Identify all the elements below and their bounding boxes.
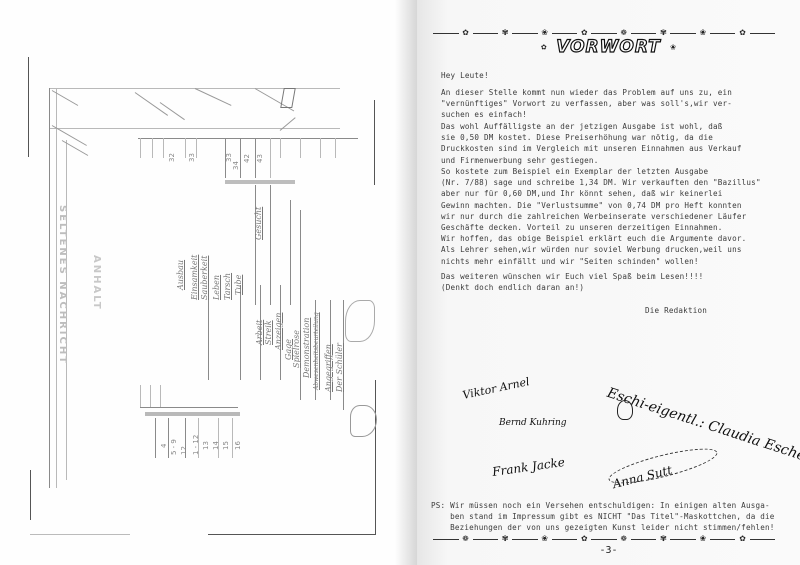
column-number: 16	[234, 441, 242, 450]
table-line	[240, 138, 241, 178]
table-line	[300, 210, 301, 305]
table-line	[140, 407, 238, 408]
table-line	[270, 138, 271, 178]
paragraph: So kostete zum Beispiel ein Exemplar der…	[441, 166, 786, 267]
table-band	[145, 412, 240, 416]
table-line	[218, 418, 219, 458]
table-line	[290, 200, 291, 305]
table-line	[49, 88, 50, 488]
table-line	[232, 418, 233, 458]
flower-icon: ❀	[670, 43, 675, 53]
table-line	[163, 138, 164, 158]
column-number: 42	[243, 154, 251, 163]
zine-spread: SELTENES NACHRICHT ANHALT 32 33 33 34 42…	[0, 0, 800, 565]
column-number: 33	[188, 153, 196, 162]
paragraph: Das weiteren wünschen wir Euch viel Spaß…	[441, 271, 786, 293]
signature: Bernd Kuhring	[499, 418, 567, 428]
table-line	[320, 138, 321, 158]
left-page: SELTENES NACHRICHT ANHALT 32 33 33 34 42…	[0, 0, 410, 565]
column-number: 5 - 9	[170, 439, 178, 455]
handwritten-entry: Leben	[212, 275, 221, 300]
table-line	[185, 138, 186, 158]
rotated-title: SELTENES NACHRICHT	[57, 205, 68, 365]
table-line	[152, 138, 153, 158]
flower-icon: ✿	[739, 534, 745, 544]
footnote: PS: Wir müssen noch ein Versehen entschu…	[431, 500, 776, 534]
rotated-title: ANHALT	[91, 255, 102, 311]
handwritten-entry: Abwesenheitsbeurteilung	[313, 312, 320, 390]
frame-line	[374, 100, 375, 185]
frame-line	[208, 534, 376, 535]
column-number: 1 - 12	[192, 435, 200, 455]
frame-line	[28, 57, 29, 157]
table-line	[335, 138, 336, 158]
handwritten-entry: Ausbau	[176, 260, 185, 290]
cartoon-doodle	[617, 400, 633, 420]
greeting: Hey Leute!	[441, 70, 786, 81]
signature: Viktor Arnel	[461, 375, 530, 402]
flower-icon: ✾	[660, 534, 666, 544]
column-number: 43	[256, 154, 264, 163]
flower-icon: ✾	[502, 534, 508, 544]
page-number: -3-	[417, 545, 800, 556]
handwritten-entry: Demonstration	[302, 318, 311, 378]
table-line	[140, 385, 141, 407]
frame-line	[30, 470, 31, 520]
table-line	[270, 185, 271, 305]
flower-icon: ✿	[581, 534, 587, 544]
handwritten-entry: Der Schüler	[335, 343, 344, 392]
handwritten-entry: Einsamkeit	[190, 255, 199, 300]
handwritten-entry: Tube	[234, 275, 243, 295]
table-line	[160, 385, 161, 407]
table-line	[196, 138, 197, 158]
flower-icon: ✿	[541, 43, 546, 53]
flower-border-bottom: ❁ ✾ ❀ ✿ ❁ ✾ ❀ ✿	[429, 533, 779, 545]
column-number: 14	[212, 441, 220, 450]
column-number: 12	[180, 446, 188, 455]
flower-icon: ❀	[700, 534, 706, 544]
table-line	[150, 385, 151, 407]
title-block: ✿ VORWORT ❀	[417, 37, 800, 57]
page-gutter-shadow	[395, 0, 417, 565]
table-line	[140, 138, 141, 158]
paragraph: An dieser Stelle kommt nun wieder das Pr…	[441, 87, 786, 121]
column-number: 13	[202, 441, 210, 450]
table-line	[168, 418, 169, 458]
pen-icon	[280, 88, 296, 108]
table-line	[50, 128, 340, 129]
flower-icon: ❁	[621, 534, 627, 544]
column-number: 15	[222, 441, 230, 450]
handwritten-entry: Tarsch	[223, 273, 232, 300]
handwritten-entry: Streik	[264, 320, 273, 345]
flourish-decoration	[350, 405, 377, 437]
table-line	[208, 290, 209, 380]
table-band	[225, 180, 295, 184]
table-line	[155, 418, 156, 458]
hatch	[195, 88, 232, 106]
right-page: ✿ ✾ ❀ ✿ ❁ ✾ ❀ ✿ ✿ VORWORT ❀ Hey Leute! A…	[417, 0, 800, 565]
table-line	[138, 138, 358, 139]
table-line	[300, 138, 301, 158]
table-line	[255, 185, 256, 305]
frame-line	[30, 534, 130, 535]
flower-icon: ❁	[463, 534, 469, 544]
handwritten-entry: Arbeit	[255, 320, 264, 345]
handwritten-entry: Spielrose	[292, 330, 301, 368]
column-number: 34	[232, 161, 240, 170]
flower-icon: ❀	[542, 534, 548, 544]
table-line	[280, 138, 281, 158]
frame-line	[375, 380, 376, 535]
signature-flourish	[606, 442, 720, 490]
paragraph: Das wohl Auffälligste an der jetzigen Au…	[441, 121, 786, 166]
flourish-decoration	[345, 300, 375, 342]
side-label: Gesucht	[254, 207, 263, 240]
column-number: 4	[160, 444, 168, 448]
handwritten-entry: Sauberkeit	[200, 256, 209, 300]
sign-off: Die Redaktion	[645, 305, 765, 316]
page-title: VORWORT	[556, 37, 661, 57]
column-number: 32	[168, 153, 176, 162]
handwritten-entry: Angegriffen	[324, 344, 333, 392]
table-line	[240, 285, 241, 380]
signature: Frank Jacke	[491, 455, 565, 479]
handwritten-entry: Anzeigen	[274, 313, 283, 350]
